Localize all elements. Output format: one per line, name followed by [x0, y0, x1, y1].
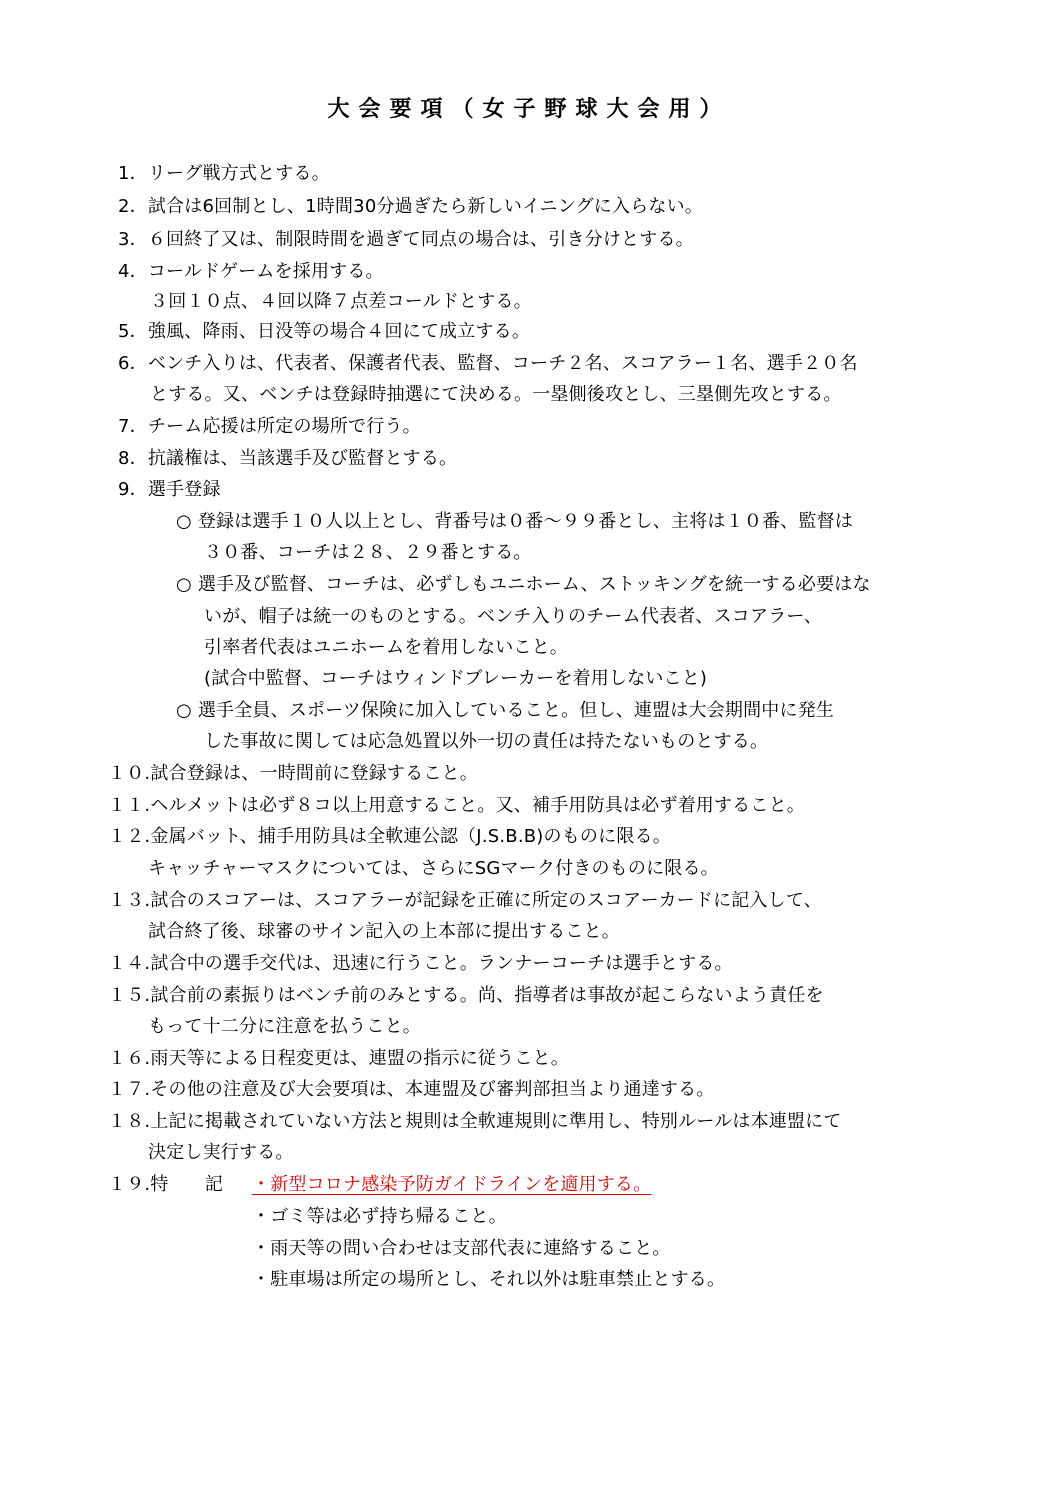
subitem-1-cont: ３０番、コーチは２８、２９番とする。: [204, 541, 532, 565]
item-12-cont: キャッチャーマスクについては、さらにSGマーク付きのものに限る。: [148, 857, 719, 881]
subitem-text: 選手及び監督、コーチは、必ずしもユニホーム、ストッキングを統一する必要はな: [198, 574, 871, 595]
item-text: 試合中の選手交代は、迅速に行うこと。ランナーコーチは選手とする。: [150, 953, 732, 974]
item-text: リーグ戦方式とする。: [148, 163, 330, 184]
subitem-2-cont-1: いが、帽子は統一のものとする。ベンチ入りのチーム代表者、スコアラー、: [204, 605, 822, 629]
subitem-text: 登録は選手１０人以上とし、背番号は０番～９９番とし、主将は１０番、監督は: [198, 511, 853, 532]
item-text: 強風、降雨、日没等の場合４回にて成立する。: [148, 321, 530, 342]
item-1: 1．リーグ戦方式とする。: [118, 162, 330, 186]
item-number: 5．: [118, 320, 148, 344]
note-garbage: ・ゴミ等は必ず持ち帰ること。: [252, 1205, 507, 1229]
item-number: １２.: [108, 825, 150, 849]
item-8: 8．抗議権は、当該選手及び監督とする。: [118, 447, 457, 471]
subitem-text: 選手全員、スポーツ保険に加入していること。但し、連盟は大会期間中に発生: [198, 700, 834, 721]
subitem-1: ○ 登録は選手１０人以上とし、背番号は０番～９９番とし、主将は１０番、監督は: [176, 510, 853, 534]
circle-bullet-icon: ○: [176, 574, 192, 595]
item-3: 3．６回終了又は、制限時間を過ぎて同点の場合は、引き分けとする。: [118, 228, 694, 252]
item-number: 6．: [118, 352, 148, 376]
special-notes-label: 特 記: [150, 1174, 223, 1195]
item-number: 9．: [118, 478, 148, 502]
note-parking: ・駐車場は所定の場所とし、それ以外は駐車禁止とする。: [252, 1268, 725, 1292]
item-18-cont: 決定し実行する。: [148, 1141, 294, 1165]
item-text: 試合前の素振りはベンチ前のみとする。尚、指導者は事故が起こらないよう責任を: [150, 985, 823, 1006]
item-18: １８.上記に掲載されていない方法と規則は全軟連規則に準用し、特別ルールは本連盟に…: [108, 1110, 842, 1134]
item-6: 6．ベンチ入りは、代表者、保護者代表、監督、コーチ２名、スコアラー１名、選手２０…: [118, 352, 858, 376]
item-number: １４.: [108, 952, 150, 976]
item-number: １８.: [108, 1110, 150, 1134]
subitem-3: ○ 選手全員、スポーツ保険に加入していること。但し、連盟は大会期間中に発生: [176, 699, 834, 723]
item-number: １６.: [108, 1047, 150, 1071]
circle-bullet-icon: ○: [176, 511, 192, 532]
item-text: コールドゲームを採用する。: [148, 261, 384, 282]
circle-bullet-icon: ○: [176, 700, 192, 721]
subitem-2-cont-3: (試合中監督、コーチはウィンドブレーカーを着用しないこと): [204, 667, 707, 691]
item-number: １３.: [108, 889, 150, 913]
item-number: １９.: [108, 1173, 150, 1197]
item-7: 7．チーム応援は所定の場所で行う。: [118, 415, 421, 439]
item-text: 試合登録は、一時間前に登録すること。: [150, 763, 478, 784]
item-16: １６.雨天等による日程変更は、連盟の指示に従うこと。: [108, 1047, 569, 1071]
item-6-cont: とする。又、ベンチは登録時抽選にて決める。一塁側後攻とし、三塁側先攻とする。: [150, 383, 842, 407]
item-2: 2．試合は6回制とし、1時間30分過ぎたら新しいイニングに入らない。: [118, 195, 703, 219]
item-text: 上記に掲載されていない方法と規則は全軟連規則に準用し、特別ルールは本連盟にて: [150, 1111, 841, 1132]
item-text: その他の注意及び大会要項は、本連盟及び審判部担当より通達する。: [150, 1079, 714, 1100]
item-text: ヘルメットは必ず８コ以上用意すること。又、補手用防具は必ず着用すること。: [150, 795, 805, 816]
item-text: ベンチ入りは、代表者、保護者代表、監督、コーチ２名、スコアラー１名、選手２０名: [148, 353, 858, 374]
item-number: １７.: [108, 1078, 150, 1102]
item-number: 8．: [118, 447, 148, 471]
item-number: １５.: [108, 984, 150, 1008]
subitem-2-cont-2: 引率者代表はユニホームを着用しないこと。: [204, 636, 568, 660]
item-number: 7．: [118, 415, 148, 439]
note-covid-guideline: ・新型コロナ感染予防ガイドラインを適用する。: [252, 1173, 651, 1197]
note-rain-contact: ・雨天等の問い合わせは支部代表に連絡すること。: [252, 1237, 671, 1261]
item-15: １５.試合前の素振りはベンチ前のみとする。尚、指導者は事故が起こらないよう責任を: [108, 984, 824, 1008]
item-number: 1．: [118, 162, 148, 186]
item-text: 雨天等による日程変更は、連盟の指示に従うこと。: [150, 1048, 569, 1069]
item-4: 4．コールドゲームを採用する。: [118, 260, 384, 284]
item-text: 金属バット、捕手用防具は全軟連公認（J.S.B.B)のものに限る。: [150, 826, 671, 847]
item-13: １３.試合のスコアーは、スコアラーが記録を正確に所定のスコアーカードに記入して、: [108, 889, 822, 913]
subitem-3-cont: した事故に関しては応急処置以外一切の責任は持たないものとする。: [204, 730, 768, 754]
item-text: ６回終了又は、制限時間を過ぎて同点の場合は、引き分けとする。: [148, 229, 694, 250]
item-13-cont: 試合終了後、球審のサイン記入の上本部に提出すること。: [148, 920, 620, 944]
item-19: １９.特 記: [108, 1173, 223, 1197]
item-text: 抗議権は、当該選手及び監督とする。: [148, 448, 457, 469]
item-number: １０.: [108, 762, 150, 786]
item-number: 3．: [118, 228, 148, 252]
item-12: １２.金属バット、捕手用防具は全軟連公認（J.S.B.B)のものに限る。: [108, 825, 671, 849]
item-11: １１.ヘルメットは必ず８コ以上用意すること。又、補手用防具は必ず着用すること。: [108, 794, 805, 818]
item-4-cont: ３回１０点、４回以降７点差コールドとする。: [150, 290, 532, 314]
item-text: 試合のスコアーは、スコアラーが記録を正確に所定のスコアーカードに記入して、: [150, 890, 822, 911]
item-text: 選手登録: [148, 479, 221, 500]
subitem-2: ○ 選手及び監督、コーチは、必ずしもユニホーム、ストッキングを統一する必要はな: [176, 573, 871, 597]
item-text: 試合は6回制とし、1時間30分過ぎたら新しいイニングに入らない。: [148, 196, 703, 217]
item-10: １０.試合登録は、一時間前に登録すること。: [108, 762, 478, 786]
item-number: １１.: [108, 794, 150, 818]
item-17: １７.その他の注意及び大会要項は、本連盟及び審判部担当より通達する。: [108, 1078, 715, 1102]
item-text: チーム応援は所定の場所で行う。: [148, 416, 421, 437]
page-title: 大会要項（女子野球大会用）: [0, 92, 1058, 123]
item-number: 4．: [118, 260, 148, 284]
item-15-cont: もって十二分に注意を払うこと。: [148, 1015, 421, 1039]
item-14: １４.試合中の選手交代は、迅速に行うこと。ランナーコーチは選手とする。: [108, 952, 733, 976]
item-5: 5．強風、降雨、日没等の場合４回にて成立する。: [118, 320, 530, 344]
item-number: 2．: [118, 195, 148, 219]
item-9: 9．選手登録: [118, 478, 221, 502]
